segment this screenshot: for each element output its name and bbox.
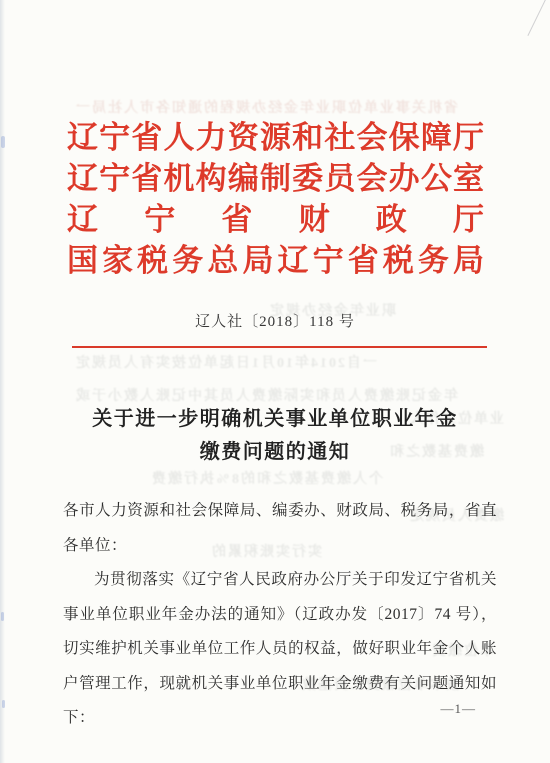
scan-corner-artifact [527,0,547,36]
issuing-agencies-header: 辽宁省人力资源和社会保障厅 辽宁省机构编制委员会办公室 辽宁省财政厅 国家税务总… [67,117,484,281]
scan-edge-mark [1,136,5,148]
agency-name-line: 辽宁省机构编制委员会办公室 [67,158,484,199]
scan-left-edge-shadow [0,0,5,763]
document-title-line1: 关于进一步明确机关事业单位职业年金 [0,403,550,436]
page-number: —1— [441,701,477,717]
body-paragraph: 为贯彻落实《辽宁省人民政府办公厅关于印发辽宁省机关事业单位职业年金办法的通知》（… [63,563,497,736]
document-title-line2: 缴费问题的通知 [0,436,550,469]
bleedthrough-text: 省机关事业单位职业年金经办规程的通知各市人社局一 [74,97,458,117]
scan-edge-mark [1,612,4,621]
scanned-document-page: 省机关事业单位职业年金经办规程的通知各市人社局一 职业年金经办规定 一自2014… [0,0,550,763]
bleedthrough-text: 年金记账缴费人员和实际缴费人员其中记账人数小于或 [74,385,458,405]
bleedthrough-text: 一自2014年10月1日起单位按实有人员规定 [74,352,377,372]
document-number: 辽人社〔2018〕118 号 [0,310,550,331]
agency-name-line: 国家税务总局辽宁省税务局 [67,240,484,281]
red-divider-line [72,346,487,348]
bleedthrough-text: 个人缴费基数之和的8%执行缴费 [150,468,383,488]
addressee-line: 各市人力资源和社会保障局、编委办、财政局、税务局，省直各单位： [63,494,497,563]
agency-name-line: 辽宁省人力资源和社会保障厅 [67,117,484,158]
document-body: 各市人力资源和社会保障局、编委办、财政局、税务局，省直各单位： 为贯彻落实《辽宁… [63,494,497,736]
scan-edge-mark [2,700,5,708]
document-title: 关于进一步明确机关事业单位职业年金 缴费问题的通知 [0,403,550,469]
agency-name-line: 辽宁省财政厅 [67,199,484,240]
